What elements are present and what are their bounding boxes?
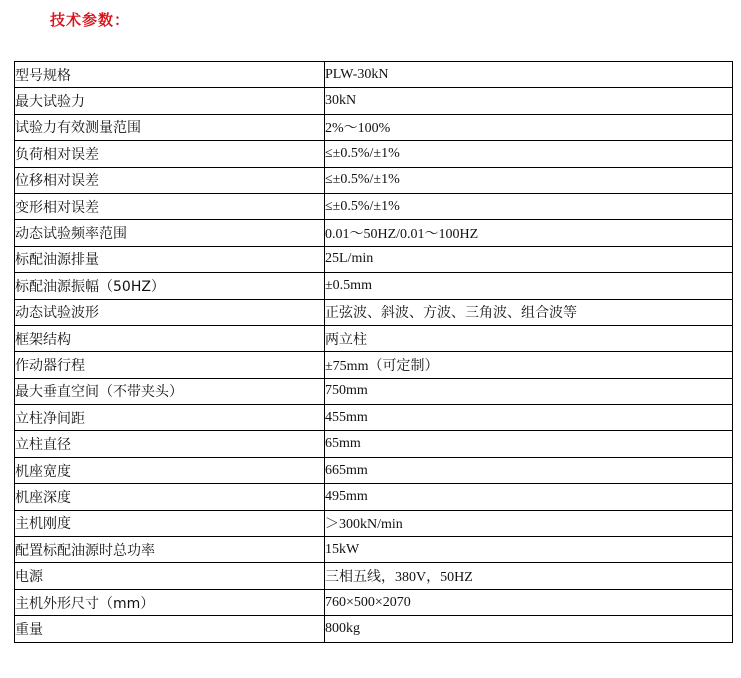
spec-value: 0.01～50HZ/0.01～100HZ [325, 220, 733, 246]
spec-label: 变形相对误差 [15, 193, 325, 219]
spec-label: 重量 [15, 616, 325, 642]
table-row: 电源三相五线，380V，50HZ [15, 563, 733, 589]
spec-value: 30kN [325, 88, 733, 114]
spec-label: 标配油源振幅（50HZ） [15, 273, 325, 299]
spec-value: ≤±0.5%/±1% [325, 167, 733, 193]
spec-value: ≤±0.5%/±1% [325, 193, 733, 219]
table-row: 配置标配油源时总功率15kW [15, 537, 733, 563]
table-row: 型号规格PLW-30kN [15, 62, 733, 88]
table-row: 试验力有效测量范围2%～100% [15, 114, 733, 140]
spec-label: 位移相对误差 [15, 167, 325, 193]
spec-value: ±75mm（可定制） [325, 352, 733, 378]
spec-value: 三相五线，380V，50HZ [325, 563, 733, 589]
spec-label: 电源 [15, 563, 325, 589]
spec-value: 665mm [325, 457, 733, 483]
table-row: 立柱直径65mm [15, 431, 733, 457]
table-row: 位移相对误差≤±0.5%/±1% [15, 167, 733, 193]
table-row: 机座宽度665mm [15, 457, 733, 483]
spec-label: 主机刚度 [15, 510, 325, 536]
spec-label: 立柱净间距 [15, 405, 325, 431]
table-row: 动态试验频率范围0.01～50HZ/0.01～100HZ [15, 220, 733, 246]
spec-value: PLW-30kN [325, 62, 733, 88]
spec-value: 两立柱 [325, 325, 733, 351]
spec-value: 65mm [325, 431, 733, 457]
spec-value: 正弦波、斜波、方波、三角波、组合波等 [325, 299, 733, 325]
spec-label: 主机外形尺寸（mm） [15, 589, 325, 615]
table-row: 标配油源振幅（50HZ）±0.5mm [15, 273, 733, 299]
spec-label: 最大试验力 [15, 88, 325, 114]
spec-value: 15kW [325, 537, 733, 563]
spec-label: 最大垂直空间（不带夹头） [15, 378, 325, 404]
spec-label: 作动器行程 [15, 352, 325, 378]
table-row: 标配油源排量25L/min [15, 246, 733, 272]
spec-value: 750mm [325, 378, 733, 404]
spec-label: 负荷相对误差 [15, 141, 325, 167]
spec-label: 配置标配油源时总功率 [15, 537, 325, 563]
spec-label: 机座深度 [15, 484, 325, 510]
table-row: 主机外形尺寸（mm）760×500×2070 [15, 589, 733, 615]
spec-label: 动态试验频率范围 [15, 220, 325, 246]
spec-value: 760×500×2070 [325, 589, 733, 615]
spec-label: 型号规格 [15, 62, 325, 88]
spec-label: 试验力有效测量范围 [15, 114, 325, 140]
table-row: 机座深度495mm [15, 484, 733, 510]
spec-value: 495mm [325, 484, 733, 510]
table-row: 主机刚度＞300kN/min [15, 510, 733, 536]
spec-label: 标配油源排量 [15, 246, 325, 272]
spec-value: 800kg [325, 616, 733, 642]
spec-value: ±0.5mm [325, 273, 733, 299]
spec-label: 立柱直径 [15, 431, 325, 457]
table-row: 负荷相对误差≤±0.5%/±1% [15, 141, 733, 167]
spec-value: 2%～100% [325, 114, 733, 140]
table-row: 变形相对误差≤±0.5%/±1% [15, 193, 733, 219]
spec-value: 455mm [325, 405, 733, 431]
section-heading: 技术参数： [50, 9, 130, 30]
spec-table: 型号规格PLW-30kN 最大试验力30kN 试验力有效测量范围2%～100% … [14, 61, 733, 643]
spec-label: 机座宽度 [15, 457, 325, 483]
table-row: 立柱净间距455mm [15, 405, 733, 431]
spec-label: 框架结构 [15, 325, 325, 351]
spec-value: ＞300kN/min [325, 510, 733, 536]
table-row: 作动器行程±75mm（可定制） [15, 352, 733, 378]
table-row: 动态试验波形正弦波、斜波、方波、三角波、组合波等 [15, 299, 733, 325]
table-row: 框架结构两立柱 [15, 325, 733, 351]
spec-value: ≤±0.5%/±1% [325, 141, 733, 167]
table-row: 最大垂直空间（不带夹头）750mm [15, 378, 733, 404]
spec-value: 25L/min [325, 246, 733, 272]
table-row: 重量800kg [15, 616, 733, 642]
table-row: 最大试验力30kN [15, 88, 733, 114]
spec-label: 动态试验波形 [15, 299, 325, 325]
